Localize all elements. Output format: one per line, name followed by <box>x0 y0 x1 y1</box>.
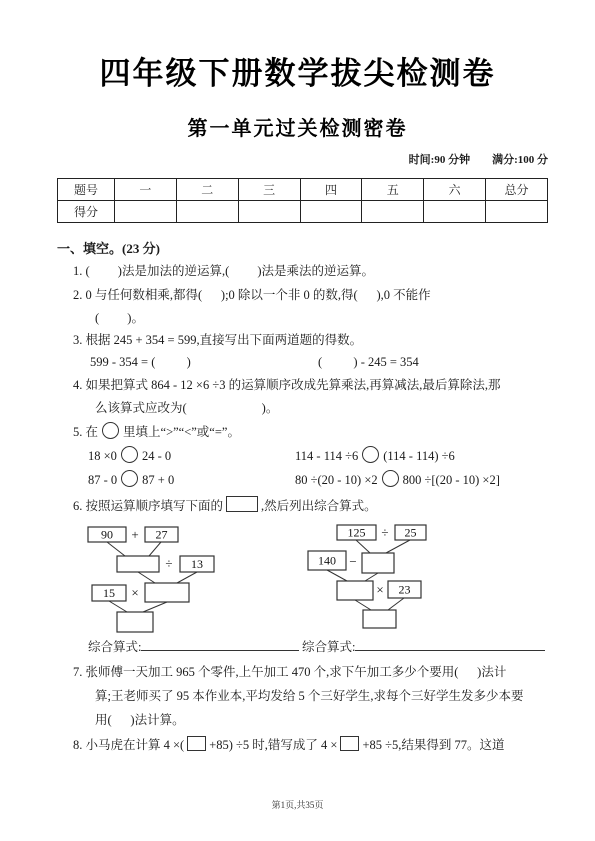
question-5-row1-left: 18 ×024 - 0 <box>88 446 171 465</box>
answer-line <box>355 638 545 651</box>
compare-circle <box>382 470 399 487</box>
tree-empty-box <box>337 581 373 600</box>
score-table-corner: 题号 <box>58 179 115 201</box>
exam-meta: 时间:90 分钟满分:100 分 <box>387 152 548 169</box>
composite-expression-right: 综合算式: <box>302 638 545 656</box>
composite-expression-label: 综合算式: <box>302 640 355 654</box>
operator-label: × <box>131 585 138 600</box>
operation-tree-diagram-left: 90271315+÷× <box>85 523 300 643</box>
operator-label: ÷ <box>381 525 388 540</box>
question-2-line-1: 2. 0 与任何数相乘,都得( );0 除以一个非 0 的数,得( ),0 不能… <box>73 287 431 304</box>
exam-paper-page: { "colors": {"ink": "#1a1a1a", "page": "… <box>0 0 595 841</box>
score-cell <box>362 201 424 223</box>
composite-expression-label: 综合算式: <box>88 640 141 654</box>
compare-circle <box>102 422 119 439</box>
score-cell <box>300 201 362 223</box>
page-number: 第1页,共35页 <box>0 797 595 814</box>
operator-label: ÷ <box>165 556 172 571</box>
answer-box <box>187 736 206 751</box>
question-2-line-2: ( )。 <box>95 310 144 327</box>
score-cell <box>424 201 486 223</box>
time-label: 时间:90 分钟 <box>409 154 470 166</box>
score-row-label: 得分 <box>58 201 115 223</box>
svg-text:27: 27 <box>156 528 168 542</box>
score-cell <box>238 201 300 223</box>
question-8: 8. 小马虎在计算 4 ×(+85) ÷5 时,错写成了 4 ×+85 ÷5,结… <box>73 736 505 754</box>
score-table-col-4: 四 <box>300 179 362 201</box>
svg-text:90: 90 <box>101 528 113 542</box>
score-table: 题号 一 二 三 四 五 六 总分 得分 <box>57 178 548 223</box>
question-5-row2-left: 87 - 087 + 0 <box>88 470 174 489</box>
section-1-heading: 一、填空。(23 分) <box>57 240 160 257</box>
question-3-item-left: 599 - 354 = ( ) <box>90 354 191 371</box>
score-cell <box>115 201 177 223</box>
score-table-col-5: 五 <box>362 179 424 201</box>
svg-text:13: 13 <box>191 557 203 571</box>
score-cell <box>486 201 548 223</box>
question-4-line-2: 么该算式应改为( )。 <box>95 400 278 417</box>
question-7-line-3: 用( )法计算。 <box>95 712 185 729</box>
composite-expression-left: 综合算式: <box>88 638 299 656</box>
question-5-intro: 5. 在里填上“>”“<”或“=”。 <box>73 422 240 441</box>
tree-empty-box <box>117 612 153 632</box>
svg-text:125: 125 <box>348 526 366 540</box>
score-table-col-3: 三 <box>238 179 300 201</box>
score-cell <box>176 201 238 223</box>
svg-text:25: 25 <box>405 526 417 540</box>
score-table-score-row: 得分 <box>58 201 548 223</box>
question-5-row2-right: 80 ÷(20 - 10) ×2800 ÷[(20 - 10) ×2] <box>295 470 500 489</box>
score-table-col-2: 二 <box>176 179 238 201</box>
operation-tree-diagram-right: 1252514023÷−× <box>305 523 545 643</box>
operator-label: − <box>349 554 356 569</box>
tree-empty-box <box>363 610 396 628</box>
score-table-col-6: 六 <box>424 179 486 201</box>
operator-label: + <box>131 527 138 542</box>
question-7-line-2: 算;王老师买了 95 本作业本,平均发给 5 个三好学生,求每个三好学生发多少本… <box>95 688 523 705</box>
question-1: 1. ( )法是加法的逆运算,( )法是乘法的逆运算。 <box>73 263 374 280</box>
question-5-row1-right: 114 - 114 ÷6(114 - 114) ÷6 <box>295 446 455 465</box>
score-table-header-row: 题号 一 二 三 四 五 六 总分 <box>58 179 548 201</box>
question-4-line-1: 4. 如果把算式 864 - 12 ×6 ÷3 的运算顺序改成先算乘法,再算减法… <box>73 377 500 394</box>
answer-line <box>141 638 299 651</box>
compare-circle <box>362 446 379 463</box>
answer-box <box>340 736 359 751</box>
svg-text:15: 15 <box>103 586 115 600</box>
tree-empty-box <box>362 553 394 573</box>
page-title: 四年级下册数学拔尖检测卷 <box>0 56 595 92</box>
compare-circle <box>121 470 138 487</box>
question-3-item-right: ( ) - 245 = 354 <box>318 354 419 371</box>
question-7-line-1: 7. 张师傅一天加工 965 个零件,上午加工 470 个,求下午加工多少个要用… <box>73 664 506 681</box>
svg-text:140: 140 <box>318 554 336 568</box>
question-3-line-1: 3. 根据 245 + 354 = 599,直接写出下面两道题的得数。 <box>73 332 362 349</box>
tree-empty-box <box>145 583 189 602</box>
page-subtitle: 第一单元过关检测密卷 <box>0 116 595 142</box>
svg-text:23: 23 <box>399 583 411 597</box>
score-table-col-1: 一 <box>115 179 177 201</box>
question-6-intro: 6. 按照运算顺序填写下面的,然后列出综合算式。 <box>73 496 377 515</box>
tree-empty-box <box>117 556 159 572</box>
score-table-col-total: 总分 <box>486 179 548 201</box>
compare-circle <box>121 446 138 463</box>
answer-box <box>226 496 258 512</box>
full-score-label: 满分:100 分 <box>492 154 548 166</box>
operator-label: × <box>376 582 383 597</box>
